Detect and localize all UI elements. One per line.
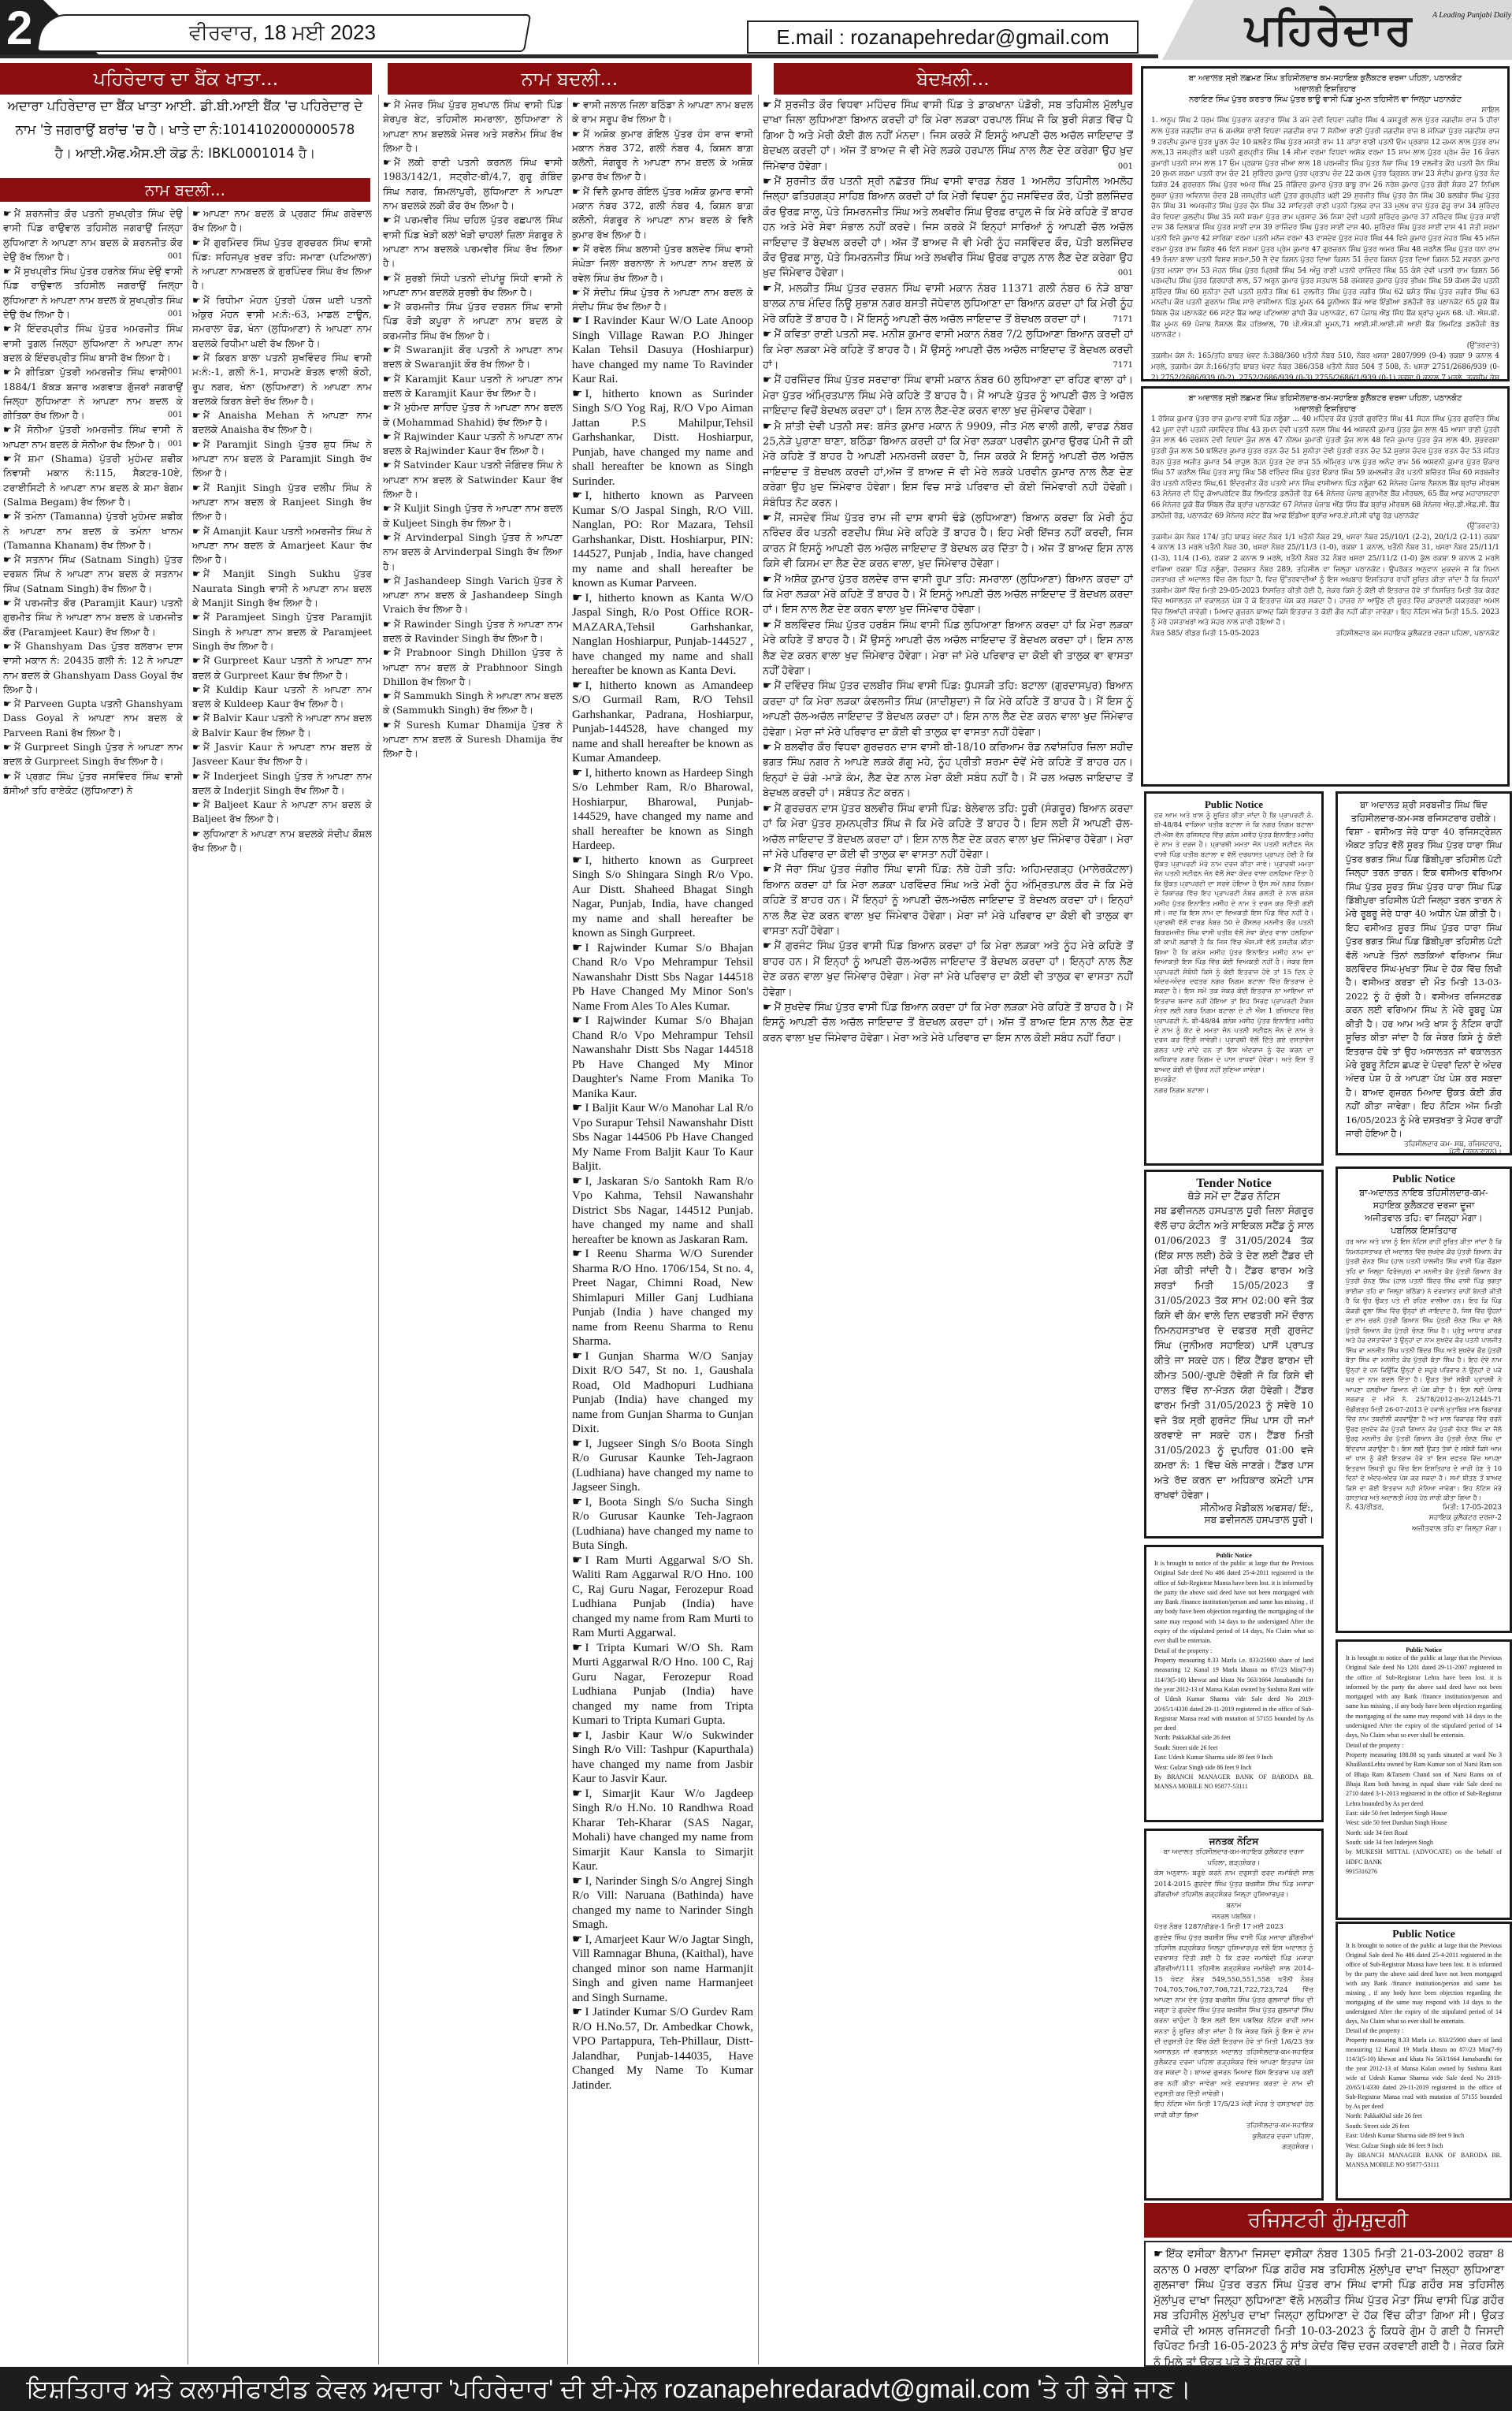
classified-text: ਮੈਂ Ghanshyam Das ਪੁੱਤਰ ਬਲਰਾਮ ਦਾਸ ਵਾਸੀ ਮ… — [3, 641, 183, 695]
classified-text: ਮੈਂ Kuljit Singh ਪੁੱਤਰ ਨੇ ਆਪਣਾ ਨਾਮ ਬਦਲ ਕ… — [383, 503, 563, 528]
notice-versus: ਬਨਾਮ — [1154, 1901, 1313, 1912]
classified-item: ☛ਮੈਂ ਅਸ਼ੋਕ ਕੁਮਾਰ ਗੋਇਲ ਪੁੱਤਰ ਹੰਸ ਰਾਜ ਵਾਸੀ… — [572, 127, 753, 184]
hand-pointer-icon: ☛ — [192, 742, 201, 753]
classified-item: ☛I, hitherto known as Hardeep Singh S/o … — [572, 766, 753, 854]
classified-text: ਮੈਂ Anaisha Mehan ਨੇ ਆਪਣਾ ਨਾਮ ਬਦਲਕੇ Anai… — [192, 410, 372, 435]
classified-text: ਮੈਂ Arvinderpal Singh ਪੁੱਤਰ ਨੇ ਆਪਣਾ ਨਾਮ … — [383, 532, 563, 572]
classified-text: ਮੈਂ ਕਿਰਨ ਬਾਲਾ ਪਤਨੀ ਸੁਖਵਿੰਦਰ ਸਿੰਘ ਵਾਸੀ ਮ:… — [192, 352, 372, 407]
classified-text: I Jatinder Kumar S/O Gurdev Ram R/O H.No… — [572, 2006, 753, 2092]
classified-item: ☛ਮੈਂ ਪਰਮਜੀਤ ਕੌਰ (Paramjit Kaur) ਪਤਨੀ ਗੁਰ… — [3, 596, 183, 639]
court-notice-pathankot-1: ਬਾ ਅਦਾਲਤ ਸ੍ਰੀ ਲਛਮਣ ਸਿੰਘ ਤਹਿਸੀਲਦਾਰ ਕਮ-ਸਹਾ… — [1141, 66, 1510, 381]
classified-item: ☛ਲੁਧਿਆਣਾ ਨੇ ਆਪਣਾ ਨਾਮ ਬਦਲਕੇ ਸੰਦੀਪ ਕੌਸ਼ਲ ਰ… — [192, 827, 372, 856]
classified-item: ☛I Reenu Sharma W/O Surender Sharma R/O … — [572, 1247, 753, 1349]
classified-item: ☛I, Jugseer Singh S/o Boota Singh R/o Gu… — [572, 1437, 753, 1495]
classified-text: ਮੈਂ Kuldip Kaur ਪਤਨੀ ਨੇ ਆਪਣਾ ਨਾਮ ਬਦਲ ਕੇ … — [192, 684, 372, 709]
classified-text: ਮੈਂ Jashandeep Singh Varich ਪੁੱਤਰ ਨੇ ਆਪਣ… — [383, 575, 563, 616]
notice-east: East: side 50 feet Inderjeet Singh House — [1346, 1809, 1502, 1818]
classified-text: ਮੈਂ Karamjit Kaur ਪਤਨੀ ਨੇ ਆਪਣਾ ਨਾਮ ਬਦਲ ਕ… — [383, 374, 563, 399]
classified-text: I Rajwinder Kumar S/o Bhajan Chand R/o V… — [572, 1014, 753, 1100]
classified-item: ☛ਮੈਂ ਕਰਮਜੀਤ ਸਿੰਘ ਪੁੱਤਰ ਦਰਸ਼ਨ ਸਿੰਘ ਵਾਸੀ ਪ… — [383, 300, 563, 343]
notice-body: 1. ਅਨੂਪ ਸਿੰਘ 2 ਧਰਮ ਸਿੰਘ ਪੁੱਤਰਾਨ ਕਰਤਾਰ ਸਿ… — [1151, 116, 1499, 340]
classified-text: ਮੈਂ ਦਵਿੰਦਰ ਸਿੰਘ ਪੁੱਤਰ ਦਲਬੀਰ ਸਿੰਘ ਵਾਸੀ ਪਿ… — [763, 680, 1133, 738]
classified-item: ☛I Rajwinder Kumar S/o Bhajan Chand R/o … — [572, 941, 753, 1014]
notice-sign-2: ਸਬ ਡਵੀਜਨਲ ਹਸਪਤਾਲ ਧੂਰੀ। — [1154, 1514, 1313, 1526]
notice-body: ਗੁਰਦੇਵ ਸਿੰਘ ਪੁੱਤਰ ਬਖਸ਼ੀਸ਼ ਸਿੰਘ ਵਾਸੀ ਪਿੰਡ… — [1154, 1933, 1313, 2100]
ad-code: 7171 — [1113, 312, 1133, 327]
hand-pointer-icon: ☛ — [572, 767, 582, 779]
classified-text: ਮੈਂ ਸ਼ਰਨਜੀਤ ਕੌਰ ਪਤਨੀ ਸੁਖਪ੍ਰੀਤ ਸਿੰਘ ਦੇਉ ਵ… — [3, 208, 183, 262]
classified-text: ਮੈ ਸ਼ਾਂਤੀ ਦੇਵੀ ਪਤਨੀ ਸਵ: ਬਸੰਤ ਕੁਮਾਰ ਮਕਾਨ … — [763, 421, 1133, 509]
hand-pointer-icon: ☛ — [572, 1438, 582, 1450]
hand-pointer-icon: ☛ — [572, 1350, 582, 1363]
hand-pointer-icon: ☛ — [3, 771, 12, 782]
classified-text: ਮੈਂ Suresh Kumar Dhamija ਪੁੱਤਰ ਨੇ ਆਪਣਾ ਨ… — [383, 720, 563, 760]
classified-text: ਆਪਣਾ ਨਾਮ ਬਦਲ ਕੇ ਪ੍ਰਗਟ ਸਿੰਘ ਗਰੇਵਾਲ ਰੱਖ ਲਿ… — [192, 208, 372, 233]
ad-code: 001 — [1118, 159, 1133, 174]
hand-pointer-icon: ☛ — [3, 641, 12, 652]
hand-pointer-icon: ☛ — [3, 511, 12, 522]
public-notice-mansa-2: Public Notice It is brought to notice of… — [1336, 1922, 1512, 2201]
hand-pointer-icon: ☛ — [192, 612, 201, 623]
classified-item: ☛ਮੈਂ Anaisha Mehan ਨੇ ਆਪਣਾ ਨਾਮ ਬਦਲਕੇ Ana… — [192, 408, 372, 437]
hand-pointer-icon: ☛ — [572, 2006, 582, 2018]
notice-court-name: ਬਾ ਅਦਾਲਤ ਸ਼੍ਰੀ ਸਰਬਜੀਤ ਸਿੰਘ ਥਿੰਦ — [1346, 798, 1502, 812]
classified-text: I Gunjan Sharma W/O Sanjay Dixit R/O 547… — [572, 1350, 753, 1436]
classified-item: ☛ਮੈਂ ਲਕੀ ਰਾਣੀ ਪਤਨੀ ਕਰਨਲ ਸਿੰਘ ਵਾਸੀ 1983/1… — [383, 155, 563, 213]
hand-pointer-icon: ☛ — [572, 1248, 582, 1260]
classified-item: ☛ਮੈਂ Sammukh Singh ਨੇ ਆਪਣਾ ਨਾਮ ਬਦਲ ਕੇ (S… — [383, 689, 563, 718]
hand-pointer-icon: ☛ — [3, 323, 12, 334]
notice-subtitle: ਥੋੜੇ ਸਮੇਂ ਦਾ ਟੈਂਡਰ ਨੋਟਿਸ — [1154, 1191, 1313, 1203]
classified-text: ਮੈ ਬਲਵੀਰ ਕੌਰ ਵਿਧਵਾ ਗੁਰਚਰਨ ਦਾਸ ਵਾਸੀ ਬੀ-18… — [763, 742, 1133, 799]
classified-item: ☛ਮੈਂ ਅਸ਼ੋਕ ਕੁਮਾਰ ਪੁੱਤਰ ਬਲਦੇਵ ਰਾਜ ਵਾਸੀ ਰੂ… — [763, 572, 1133, 618]
hand-pointer-icon: ☛ — [192, 237, 201, 248]
classified-text: ਮੈਂ ਪ੍ਰਗਟ ਸਿੰਘ ਪੁੱਤਰ ਜਸਵਿੰਦਰ ਸਿੰਘ ਵਾਸੀ ਬ… — [3, 771, 183, 796]
notice-south: South: side 34 feet Inderjeet Singh — [1346, 1838, 1502, 1847]
classified-item: ☛ਮੈਂ Manjit Singh Sukhu ਪੁੱਤਰ Naurata Si… — [192, 567, 372, 610]
hand-pointer-icon: ☛ — [763, 512, 772, 524]
notice-body: It is brought to notice of the public at… — [1346, 1941, 1502, 2026]
bank-line-1: ਅਦਾਰਾ ਪਹਿਰੇਦਾਰ ਦਾ ਬੈਂਕ ਖਾਤਾ ਆਈ. ਡੀ.ਬੀ.ਆਈ… — [0, 95, 370, 118]
name-change-column-1: ☛ਮੈਂ ਸ਼ਰਨਜੀਤ ਕੌਰ ਪਤਨੀ ਸੁਖਪ੍ਰੀਤ ਸਿੰਘ ਦੇਉ … — [3, 206, 183, 2364]
classified-text: ਲੁਧਿਆਣਾ ਨੇ ਆਪਣਾ ਨਾਮ ਬਦਲਕੇ ਸੰਦੀਪ ਕੌਸ਼ਲ ਰੱ… — [192, 828, 372, 854]
notice-title: Public Notice — [1154, 1552, 1313, 1559]
notice-body: ਹਰ ਆਮ ਅਤੇ ਖਾਸ ਨੂੰ ਸੂਚਿਤ ਕੀਤਾ ਜਾਂਦਾ ਹੈ ਕਿ… — [1154, 811, 1313, 1075]
section-header-registry-lost: ਰਜਿਸਟਰੀ ਗੁੰਮਸ਼ੁਦਗੀ — [1144, 2203, 1512, 2238]
hand-pointer-icon: ☛ — [572, 489, 582, 502]
notice-title: Public Notice — [1346, 1174, 1502, 1186]
masthead-rule — [0, 54, 1158, 58]
notice-phone: 9915316276 — [1346, 1867, 1502, 1877]
classified-item: ☛ਮੈਂ Balvir Kaur ਪਤਨੀ ਨੇ ਆਪਣਾ ਨਾਮ ਬਦਲ ਕੇ… — [192, 711, 372, 740]
logo-tagline: A Leading Punjabi Daily — [1432, 11, 1511, 20]
classified-item: ☛I, hitherto known as Amandeep S/O Gurma… — [572, 679, 753, 766]
classified-item: ☛ਮੈਂ ਸੁਰਜੀਤ ਕੌਰ ਪਤਨੀ ਸ੍ਰੀ ਨਛੱਤਰ ਸਿੰਘ ਵਾਸ… — [763, 174, 1133, 281]
classified-item: ☛ਮੈਂ ਦਵਿੰਦਰ ਸਿੰਘ ਪੁੱਤਰ ਦਲਬੀਰ ਸਿੰਘ ਵਾਸੀ ਪ… — [763, 679, 1133, 740]
classified-item: ☛ਮੈਂ Gurpreet Singh ਪੁੱਤਰ ਨੇ ਆਪਣਾ ਨਾਮ ਬਦ… — [3, 740, 183, 769]
classified-text: ਮੈਂ Paramjeet Singh ਪੁੱਤਰ Paramjit Singh… — [192, 612, 372, 652]
notice-case: ਕੇਸ ਅਨੁਵਾਨ- ਬਰੂਏ ਕਰਨੇ ਨਾਮ ਦਰੁਸਤੀ ਫਰਦ ਜਮਾ… — [1154, 1869, 1313, 1901]
hand-pointer-icon: ☛ — [763, 742, 772, 753]
classified-text: I Ram Murti Aggarwal S/O Sh. Waliti Ram … — [572, 1554, 753, 1640]
classified-item: ☛I Gunjan Sharma W/O Sanjay Dixit R/O 54… — [572, 1349, 753, 1437]
hand-pointer-icon: ☛ — [383, 619, 392, 630]
hand-pointer-icon: ☛ — [192, 526, 201, 537]
classified-item: ☛ਮੈਂ Inderjeet Singh ਪੁੱਤਰ ਨੇ ਆਪਣਾ ਨਾਮ ਬ… — [192, 769, 372, 798]
will-notice-harike: ਬਾ ਅਦਾਲਤ ਸ਼੍ਰੀ ਸਰਬਜੀਤ ਸਿੰਘ ਥਿੰਦ ਤਹਿਸੀਲਦਾ… — [1336, 791, 1512, 1155]
notice-detail: Property measuring 8.33 Marla i.e. 833/2… — [1154, 1656, 1313, 1733]
classified-item: ☛I, Simarjit Kaur W/o Jagdeep Singh R/o … — [572, 1787, 753, 1874]
classified-item: ☛I, hitherto known as Kanta W/O Jaspal S… — [572, 591, 753, 679]
hand-pointer-icon: ☛ — [192, 482, 201, 493]
hand-pointer-icon: ☛ — [572, 1014, 582, 1027]
hand-pointer-icon: ☛ — [383, 431, 392, 442]
classified-item: ☛I Rajwinder Kumar S/o Bhajan Chand R/o … — [572, 1014, 753, 1101]
classified-text: I, Jaskaran S/o Santokh Ram R/o Vpo Kahm… — [572, 1175, 753, 1246]
classified-item: ☛ਮੈਂ ਰਵੇਲ ਸਿੰਘ ਬਲਾਸੀ ਪੁੱਤਰ ਬਲਦੇਵ ਸਿੰਘ ਵਾ… — [572, 242, 753, 285]
hand-pointer-icon: ☛ — [763, 329, 772, 340]
hand-pointer-icon: ☛ — [192, 828, 201, 839]
classified-text: I Tripta Kumari W/O Sh. Ram Murti Aggarw… — [572, 1642, 753, 1728]
notice-sign-2: ਅਜੀਤਵਾਲ ਤਹਿ ਵਾ ਜਿਲ੍ਹਾ ਮੋਗਾ। — [1346, 1524, 1502, 1535]
classified-text: ਮੈਂ ਤਮੰਨਾ (Tamanna) ਪੁੱਤਰੀ ਮੁਹੰਮਦ ਸ਼ਫੀਕ … — [3, 511, 183, 551]
classified-item: ☛ਮੈ ਬਲਵੀਰ ਕੌਰ ਵਿਧਵਾ ਗੁਰਚਰਨ ਦਾਸ ਵਾਸੀ ਬੀ-1… — [763, 740, 1133, 802]
disinherit-column: ☛ਮੈਂ ਸੁਰਜੀਤ ਕੌਰ ਵਿਧਵਾ ਮਹਿੰਦਰ ਸਿੰਘ ਵਾਸੀ ਪ… — [763, 98, 1133, 2364]
hand-pointer-icon: ☛ — [572, 592, 582, 605]
notice-title: ਜਨਤਕ ਨੋਟਿਸ — [1154, 1836, 1313, 1847]
notice-detail-title: Detail of the property : — [1346, 1741, 1502, 1751]
hand-pointer-icon: ☛ — [383, 301, 392, 312]
hand-pointer-icon: ☛ — [383, 532, 392, 543]
notice-body: It is brought to notice of the public at… — [1154, 1559, 1313, 1646]
classified-text: ਮੈਂ Sammukh Singh ਨੇ ਆਪਣਾ ਨਾਮ ਬਦਲ ਕੇ (Sa… — [383, 690, 563, 716]
hand-pointer-icon: ☛ — [572, 1642, 582, 1654]
classified-item: ☛ਮੈਂ Paramjeet Singh ਪੁੱਤਰ Paramjit Sing… — [192, 610, 372, 653]
notice-court-office: ਤਹਿਸੀਲਦਾਰ-ਕਮ-ਸਬ ਰਜਿਸਟਰਾਰ ਹਰੀਕੇ। — [1346, 812, 1502, 825]
hand-pointer-icon: ☛ — [763, 680, 772, 692]
hand-pointer-icon: ☛ — [3, 424, 12, 435]
notice-title: Public Notice — [1346, 1929, 1502, 1941]
hand-pointer-icon: ☛ — [383, 503, 392, 514]
classified-text: ਮੈਂ ਮੇਜਰ ਸਿੰਘ ਪੁੱਤਰ ਸੁਖਪਾਲ ਸਿੰਘ ਵਾਸੀ ਪਿੰ… — [383, 99, 563, 154]
classified-item: ☛ਮੈਂ ਕਵਿਤਾ ਰਾਣੀ ਪਤਨੀ ਸਵ. ਮਨੀਸ਼ ਕੁਮਾਰ ਵਾਸ… — [763, 327, 1133, 373]
notice-ref: ਨੰ. 43/ਰੀਡਰ, — [1346, 1503, 1384, 1514]
classified-text: ਮੈਂ Paramjit Singh ਪੁੱਤਰ ਸ਼ੁਧ ਸਿੰਘ ਨੇ ਆਪ… — [192, 439, 372, 479]
ad-code: 001 — [168, 365, 183, 379]
classified-item: ☛ਮੈਂ ਬਲਵਿੰਦਰ ਸਿੰਘ ਪੁੱਤਰ ਹਰਬੰਸ ਸਿੰਘ ਵਾਸੀ … — [763, 618, 1133, 679]
hand-pointer-icon: ☛ — [763, 619, 772, 631]
notice-body: It is brought to notice of the public at… — [1346, 1654, 1502, 1741]
hand-pointer-icon: ☛ — [572, 186, 581, 197]
classified-item: ☛I, Boota Singh S/o Sucha Singh R/o Guru… — [572, 1495, 753, 1553]
classified-item: ☛ਮੈਂ ਮੁਹੰਮਦ ਸ਼ਾਹਿਦ ਪੁੱਤਰ ਨੇ ਆਪਣਾ ਨਾਮ ਬਦਲ… — [383, 400, 563, 430]
hand-pointer-icon: ☛ — [3, 366, 12, 378]
classified-item: ☛ਮੈਂ ਪਰਮਵੀਰ ਸਿੰਘ ਚਹਿਲ ਪੁੱਤਰ ਰਛਪਾਲ ਸਿੰਘ ਵ… — [383, 213, 563, 270]
notice-body-2: ਤਕਸੀਮ ਕੇਸ ਨੰ: 165/ਤਹਿ ਬਾਬਤ ਖੇਵਟ ਨੰ:388/3… — [1151, 352, 1499, 381]
classified-item: ☛ਮੈਂ ਤਮੰਨਾ (Tamanna) ਪੁੱਤਰੀ ਮੁਹੰਮਦ ਸ਼ਫੀਕ… — [3, 509, 183, 553]
classified-item: ☛ਮੈਂ ਗੁਰਜੰਟ ਸਿੰਘ ਪੁੱਤਰ ਵਾਸੀ ਪਿੰਡ ਬਿਆਨ ਕਰ… — [763, 939, 1133, 1000]
classified-text: I, Simarjit Kaur W/o Jagdeep Singh R/o H… — [572, 1788, 753, 1873]
classified-item: ☛ਮੈਂ Baljeet Kaur ਨੇ ਆਪਣਾ ਨਾਮ ਬਦਲ ਕੇ Bal… — [192, 798, 372, 827]
notice-court: ਬਾ ਅਦਾਲਤ ਤਹਿਸੀਲਦਾਰ-ਕਮ-ਸਹਾਇਕ ਕੁਲੈਕਟਰ ਦਰਜਾ… — [1154, 1847, 1313, 1869]
classified-text: I, hitherto known as Hardeep Singh S/o L… — [572, 767, 753, 853]
classified-text: ਮੈਂ Gurpreet Singh ਪੁੱਤਰ ਨੇ ਆਪਣਾ ਨਾਮ ਬਦਲ… — [3, 742, 183, 767]
notice-by: By BRANCH MANAGER BANK OF BARODA BR. MAN… — [1154, 1773, 1313, 1792]
hand-pointer-icon: ☛ — [3, 266, 12, 277]
classified-item: ☛ਮੈਂ Rajwinder Kaur ਪਤਨੀ ਨੇ ਆਪਣਾ ਨਾਮ ਬਦਲ… — [383, 430, 563, 459]
notice-court-2: ਸਹਾਇਕ ਕੁਲੈਕਟਰ ਦਰਜਾ ਦੂਜਾ — [1346, 1199, 1502, 1211]
classified-text: ਮੈਂ ਮੁਹੰਮਦ ਸ਼ਾਹਿਦ ਪੁੱਤਰ ਨੇ ਆਪਣਾ ਨਾਮ ਬਦਲ … — [383, 402, 563, 427]
notice-date: ਮਿਤੀ: 17-05-2023 — [1443, 1503, 1502, 1514]
notice-role-respondents: (ਉੱਤਰਦਾਤੇ) — [1151, 341, 1499, 352]
notice-ref-row: ਨੰ. 43/ਰੀਡਰ, ਮਿਤੀ: 17-05-2023 — [1346, 1503, 1502, 1514]
section-header-bank: ਪਹਿਰੇਦਾਰ ਦਾ ਬੈਂਕ ਖਾਤਾ... — [0, 63, 372, 95]
newspaper-logo: ਪਹਿਰੇਦਾਰ — [1245, 5, 1414, 55]
classified-item: ☛ਮੈਂ ਗੁਰਚਰਨ ਦਾਸ ਪੁੱਤਰ ਬਲਵੀਰ ਸਿੰਘ ਵਾਸੀ ਪਿ… — [763, 802, 1133, 863]
hand-pointer-icon: ☛ — [572, 1933, 582, 1946]
hand-pointer-icon: ☛ — [572, 128, 581, 140]
classified-item: ☛ਮੈਂ Karamjit Kaur ਪਤਨੀ ਨੇ ਆਪਣਾ ਨਾਮ ਬਦਲ … — [383, 372, 563, 401]
classified-text: I Baljit Kaur W/o Manohar Lal R/o Vpo Su… — [572, 1102, 753, 1173]
classified-text: ਮੈਂ ਰਵੇਲ ਸਿੰਘ ਬਲਾਸੀ ਪੁੱਤਰ ਬਲਦੇਵ ਸਿੰਘ ਵਾਸ… — [572, 244, 753, 284]
classified-item: ☛I, Amarjeet Kaur W/o Jagtar Singh, Vill… — [572, 1933, 753, 2006]
classified-text: I, Narinder Singh S/o Angrej Singh R/o V… — [572, 1875, 753, 1932]
column-divider — [758, 95, 759, 2364]
footer-banner: ਇਸ਼ਤਿਹਾਰ ਅਤੇ ਕਲਾਸੀਫਾਈਡ ਕੇਵਲ ਅਦਾਰਾ 'ਪਹਿਰੇ… — [0, 2367, 1512, 2411]
classified-text: ਮੈਂ ਲਕੀ ਰਾਣੀ ਪਤਨੀ ਕਰਨਲ ਸਿੰਘ ਵਾਸੀ 1983/14… — [383, 157, 563, 211]
classified-text: ਮੈਂ ਅਸ਼ੋਕ ਕੁਮਾਰ ਗੋਇਲ ਪੁੱਤਰ ਹੰਸ ਰਾਜ ਵਾਸੀ … — [572, 128, 753, 183]
classified-text: I Reenu Sharma W/O Surender Sharma R/O H… — [572, 1248, 753, 1348]
masthead: 2 ਵੀਰਵਾਰ, 18 ਮਈ 2023 E.mail : rozanapehr… — [0, 0, 1512, 60]
classified-item: ☛ਮੈਂ ਸ਼ਮਾ (Shama) ਪੁੱਤਰੀ ਮੁਹੰਮਦ ਸ਼ਫੀਕ ਨਿ… — [3, 452, 183, 509]
bank-line-3: ਹੈ। ਆਈ.ਐਫ.ਐਸ.ਈ ਕੋਡ ਨੰ: IBKL0001014 ਹੈ। — [0, 142, 370, 166]
notice-detail: Property measuring 188.88 sq yards situa… — [1346, 1751, 1502, 1809]
classified-text: ਮੈਂ ਪਰਮਵੀਰ ਸਿੰਘ ਚਹਿਲ ਪੁੱਤਰ ਰਛਪਾਲ ਸਿੰਘ ਵਾ… — [383, 214, 563, 269]
classified-text: I, hitherto known as Kanta W/O Jaspal Si… — [572, 592, 753, 678]
classified-item: ☛ਮੈਂ Paramjit Singh ਪੁੱਤਰ ਸ਼ੁਧ ਸਿੰਘ ਨੇ ਆ… — [192, 437, 372, 481]
classified-text: ਮੈਂ Parveen Gupta ਪਤਨੀ Ghanshyam Dass Go… — [3, 698, 183, 739]
notice-court-3: ਅਜੀਤਵਾਲ ਤਹਿ: ਵਾ ਜਿਲ੍ਹਾ ਮੋਗਾ। — [1346, 1211, 1502, 1224]
classified-text: ਮੈਂ, ਮਲਕੀਤ ਸਿੰਘ ਪੁੱਤਰ ਦਰਸ਼ਨ ਸਿੰਘ ਵਾਸੀ ਮਕ… — [763, 283, 1133, 326]
hand-pointer-icon: ☛ — [3, 453, 12, 464]
classified-text: ਮੈਂ ਸੁਖਪ੍ਰੀਤ ਸਿੰਘ ਪੁੱਤਰ ਹਰਨੇਕ ਸਿੰਘ ਦੇਉ ਵ… — [3, 266, 183, 320]
public-notice-mansa-1: Public Notice It is brought to notice of… — [1144, 1545, 1324, 1822]
hand-pointer-icon: ☛ — [572, 1729, 582, 1742]
hand-pointer-icon: ☛ — [383, 374, 392, 385]
notice-heading: ਅਦਾਲਤੀ ਇਸ਼ਤਿਹਾਰ — [1151, 404, 1499, 415]
hand-pointer-icon: ☛ — [763, 940, 772, 952]
classified-item: ☛ਮੈਂ Swaranjit ਕੌਰ ਪਤਨੀ ਨੇ ਆਪਣਾ ਨਾਮ ਬਦਲ … — [383, 343, 563, 372]
classified-text: ਮੈਂ ਸ਼ਮਾ (Shama) ਪੁੱਤਰੀ ਮੁਹੰਮਦ ਸ਼ਫੀਕ ਨਿਵ… — [3, 453, 183, 508]
notice-court-1: ਬਾ-ਅਦਾਲਤ ਨਾਇਬ ਤਹਿਸੀਲਦਾਰ-ਕਮ- — [1346, 1186, 1502, 1199]
classified-item: ☛I Baljit Kaur W/o Manohar Lal R/o Vpo S… — [572, 1101, 753, 1174]
notice-court-name: ਬਾ ਅਦਾਲਤ ਸ੍ਰੀ ਲਛਮਣ ਸਿੰਘ ਤਹਿਸੀਲਦਾਰ ਕਮ-ਸਹਾ… — [1151, 73, 1499, 84]
classified-item: ☛ਮੈਂ ਸੁਰਭੀ ਸਿੰਧੀ ਪਤਨੀ ਦੀਪਾਂਸ਼ੂ ਸਿੰਧੀ ਵਾਸ… — [383, 271, 563, 300]
notice-body: ਸਬ ਡਵੀਜਨਲ ਹਸਪਤਾਲ ਧੂਰੀ ਜ਼ਿਲਾ ਸੰਗਰੂਰ ਵੱਲੋਂ… — [1154, 1203, 1313, 1502]
classified-item: ☛ਮੈਂ ਪ੍ਰਗਟ ਸਿੰਘ ਪੁੱਤਰ ਜਸਵਿੰਦਰ ਸਿੰਘ ਵਾਸੀ … — [3, 769, 183, 798]
classified-text: ਮੈਂ ਸੰਦੀਪ ਸਿੰਘ ਪੁੱਤਰ ਨੇ ਆਪਣਾ ਨਾਮ ਬਦਲ ਕੇ … — [572, 287, 753, 312]
classified-text: ਮੈਂ Jasvir Kaur ਨੇ ਆਪਣਾ ਨਾਮ ਬਦਲ ਕੇ Jasve… — [192, 742, 372, 767]
notice-title: Public Notice — [1154, 798, 1313, 811]
classified-text: ਮੈਂ ਸੁਰਜੀਤ ਕੌਰ ਪਤਨੀ ਸ੍ਰੀ ਨਛੱਤਰ ਸਿੰਘ ਵਾਸੀ… — [763, 176, 1133, 279]
classified-item: ☛ਮੈਂ ਰਿਧੀਮਾ ਮੋਹਨ ਪੁੱਤਰੀ ਪੰਕਜ ਘਈ ਪਤਨੀ ਅੰਕ… — [192, 293, 372, 351]
classified-item: ☛ਮੈਂ Prabnoor Singh Dhillon ਪੁੱਤਰ ਨੇ ਆਪਣ… — [383, 646, 563, 689]
ad-code: 7171 — [1113, 358, 1133, 373]
notice-public: ਜਨਰਲ ਪਬਲਿਕ। — [1154, 1912, 1313, 1923]
public-notice-garhshankar: ਜਨਤਕ ਨੋਟਿਸ ਬਾ ਅਦਾਲਤ ਤਹਿਸੀਲਦਾਰ-ਕਮ-ਸਹਾਇਕ ਕ… — [1144, 1829, 1324, 2201]
notice-title: Public Notice — [1346, 1646, 1502, 1654]
classified-item: ☛ਮੈਂ ਸ਼ਰਨਜੀਤ ਕੌਰ ਪਤਨੀ ਸੁਖਪ੍ਰੀਤ ਸਿੰਘ ਦੇਉ … — [3, 206, 183, 264]
notice-body: 1 ਰੋਸ਼ਿਕ ਕੁਮਾਰ ਪੁੱਤਰ ਰਾਜ ਕੁਮਾਰ ਵਾਸੀ ਪਿੰਡ… — [1151, 415, 1499, 522]
registry-lost-notice: ☛ਇੱਕ ਵਸੀਕਾ ਬੈਨਾਮਾ ਜਿਸਦਾ ਵਸੀਕਾ ਨੰਬਰ 1305 … — [1144, 2241, 1512, 2367]
classified-text: ਮੈਂ ਸੁਰਜੀਤ ਕੌਰ ਵਿਧਵਾ ਮਹਿੰਦਰ ਸਿੰਘ ਵਾਸੀ ਪਿ… — [763, 99, 1133, 173]
classified-item: ☛ਮੈਂ Parveen Gupta ਪਤਨੀ Ghanshyam Dass G… — [3, 697, 183, 740]
classified-item: ☛ਮੈਂ ਸਤਨਾਮ ਸਿੰਘ (Satnam Singh) ਪੁੱਤਰ ਦਰਸ… — [3, 553, 183, 596]
classified-item: ☛ਮੈਂ Suresh Kumar Dhamija ਪੁੱਤਰ ਨੇ ਆਪਣਾ … — [383, 718, 563, 761]
classified-text: ਮੈਂ Manjit Singh Sukhu ਪੁੱਤਰ Naurata Sin… — [192, 568, 372, 608]
classified-item: ☛ਮੈਂ, ਜਸਦੇਵ ਸਿੰਘ ਪੁੱਤਰ ਰਾਮ ਜੀ ਦਾਸ ਵਾਸੀ ਢ… — [763, 511, 1133, 572]
classified-text: ਮੈਂ ਗੁਰਜੰਟ ਸਿੰਘ ਪੁੱਤਰ ਵਾਸੀ ਪਿੰਡ ਬਿਆਨ ਕਰਦ… — [763, 940, 1133, 998]
classified-text: ਮੈਂ Amanjit Kaur ਪਤਨੀ ਅਮਰਜੀਤ ਸਿੰਘ ਨੇ ਆਪਣ… — [192, 526, 372, 566]
hand-pointer-icon: ☛ — [572, 99, 581, 110]
hand-pointer-icon: ☛ — [572, 942, 582, 954]
classified-item: ☛ਆਪਣਾ ਨਾਮ ਬਦਲ ਕੇ ਪ੍ਰਗਟ ਸਿੰਘ ਗਰੇਵਾਲ ਰੱਖ ਲ… — [192, 206, 372, 236]
hand-pointer-icon: ☛ — [572, 854, 582, 867]
bank-line-2: ਨਾਮ 'ਤੇ ਜਗਰਾਉਂ ਬਰਾਂਚ 'ਚ ਹੈ। ਖਾਤੇ ਦਾ ਨੰ:1… — [0, 118, 370, 142]
column-divider — [378, 95, 379, 2364]
notice-by: By BRANCH MANAGER BANK OF BARODA BR. MAN… — [1346, 2151, 1502, 2171]
hand-pointer-icon: ☛ — [572, 287, 581, 298]
notice-south: South: Street side 26 feet — [1346, 2122, 1502, 2131]
notice-body-2: ਤਕਸੀਮ ਕੇਸ ਨੰਬਰ 174/ ਤਹਿ ਬਾਬਤ ਖੇਵਟ ਨੰਬਰ 1… — [1151, 533, 1499, 629]
notice-role: ਸਾਇਲ — [1151, 106, 1499, 117]
classified-item: ☛ਮੈਂ Arvinderpal Singh ਪੁੱਤਰ ਨੇ ਆਪਣਾ ਨਾਮ… — [383, 530, 563, 574]
notice-west: West: Gulzar Singh side 86 feet 9 Inch — [1154, 1763, 1313, 1773]
notice-north: North: PakkaKhal side 26 feet — [1154, 1733, 1313, 1743]
notice-east: East: Udesh Kumar Sharma side 89 feet 9 … — [1154, 1753, 1313, 1762]
notice-sign-1: ਤਹਿਸੀਲਦਾਰ ਕਮ- ਸਬ, ਰਜਿਸਟਰਾਰ, — [1346, 1140, 1502, 1148]
notice-heading: ਪਬਲਿਕ ਇਸ਼ਤਿਹਾਰ — [1346, 1224, 1502, 1237]
classified-text: I, hitherto known as Parveen Kumar S/O J… — [572, 489, 753, 590]
classified-item: ☛ਮੈਂ ਮੇਜਰ ਸਿੰਘ ਪੁੱਤਰ ਸੁਖਪਾਲ ਸਿੰਘ ਵਾਸੀ ਪਿ… — [383, 98, 563, 155]
classified-text: ਮੈਂ, ਜਸਦੇਵ ਸਿੰਘ ਪੁੱਤਰ ਰਾਮ ਜੀ ਦਾਸ ਵਾਸੀ ਢੰ… — [763, 512, 1133, 570]
hand-pointer-icon: ☛ — [763, 374, 772, 386]
hand-pointer-icon: ☛ — [383, 690, 392, 701]
classified-item: ☛I Ram Murti Aggarwal S/O Sh. Waliti Ram… — [572, 1553, 753, 1641]
classified-text: ਮੈਂ Inderjeet Singh ਪੁੱਤਰ ਨੇ ਆਪਣਾ ਨਾਮ ਬਦ… — [192, 771, 372, 796]
classified-text: ਮੈਂ Swaranjit ਕੌਰ ਪਤਨੀ ਨੇ ਆਪਣਾ ਨਾਮ ਬਦਲ ਕ… — [383, 344, 563, 370]
hand-pointer-icon: ☛ — [3, 742, 12, 753]
classified-item: ☛ਮੈਂ ਹਰਜਿੰਦਰ ਸਿੰਘ ਪੁੱਤਰ ਸਰਦਾਰਾ ਸਿੰਘ ਵਾਸੀ… — [763, 373, 1133, 419]
classified-item: ☛I, Jasbir Kaur W/o Sukwinder Singh R/o … — [572, 1728, 753, 1787]
hand-pointer-icon: ☛ — [763, 283, 772, 295]
classified-text: ਮੈਂ ਸੋਨੀਆ ਪੁੱਤਰੀ ਅਮਰਜੀਤ ਸਿੰਘ ਵਾਸੀ ਨੇ ਆਪਣ… — [3, 424, 183, 449]
hand-pointer-icon: ☛ — [192, 410, 201, 421]
notice-by: by MUKESH MITTAL (ADVOCATE) on the behal… — [1346, 1847, 1502, 1867]
issue-date: ਵੀਰਵਾਰ, 18 ਮਈ 2023 — [189, 20, 376, 46]
ad-code: 001 — [168, 307, 183, 322]
classified-text: ਮੈਂ Ranjit Singh ਪੁੱਤਰ ਦਲੀਪ ਸਿੰਘ ਨੇ ਆਪਣਾ… — [192, 482, 372, 523]
hand-pointer-icon: ☛ — [383, 720, 392, 731]
hand-pointer-icon: ☛ — [572, 1875, 582, 1888]
classified-text: ਮੈਂ ਕਰਮਜੀਤ ਸਿੰਘ ਪੁੱਤਰ ਦਰਸ਼ਨ ਸਿੰਘ ਵਾਸੀ ਪਿ… — [383, 301, 563, 341]
section-header-name-change: ਨਾਮ ਬਦਲੀ... — [0, 178, 370, 202]
classified-text: I, Boota Singh S/o Sucha Singh R/o Gurus… — [572, 1496, 753, 1553]
notice-sign-1: ਸੁਪਰਡੰਟ — [1154, 1075, 1313, 1086]
classified-text: ਮੈ ਗੀਤਿਕਾ ਪੁੱਤਰੀ ਅਮਰਜੀਤ ਸਿੰਘ ਵਾਸੀ 1884/1… — [3, 366, 183, 421]
classified-item: ☛ਮੈਂ ਜੋਰਾ ਸਿੰਘ ਪੁੱਤਰ ਜੰਗੀਰ ਸਿੰਘ ਵਾਸੀ ਪਿੰ… — [763, 862, 1133, 939]
classified-text: ਮੈਂ Prabnoor Singh Dhillon ਪੁੱਤਰ ਨੇ ਆਪਣਾ… — [383, 647, 563, 687]
hand-pointer-icon: ☛ — [383, 647, 392, 658]
hand-pointer-icon: ☛ — [192, 771, 201, 782]
notice-sign-1: ਸੀਨੀਅਰ ਮੈਡੀਕਲ ਅਫਸਰ/ ਇੰ:, — [1154, 1502, 1313, 1514]
hand-pointer-icon: ☛ — [763, 421, 772, 433]
notice-west: West: Gulzar Singh side 86 feet 9 Inch — [1346, 2141, 1502, 2151]
hand-pointer-icon: ☛ — [763, 1002, 772, 1014]
classified-text: ਮੈਂ ਵਿਨੈ ਕੁਮਾਰ ਗੋਇਲ ਪੁੱਤਰ ਅਸ਼ੋਕ ਕੁਮਾਰ ਵਾ… — [572, 186, 753, 240]
notice-applicant: ਨਰਾਇਣ ਸਿੰਘ ਪੁੱਤਰ ਕਰਤਾਰ ਸਿੰਘ ਪੁੱਤਰ ਭਾਊ ਵਾ… — [1151, 95, 1499, 106]
column-divider — [188, 206, 188, 2364]
classified-text: ਮੈਂ ਕਵਿਤਾ ਰਾਣੀ ਪਤਨੀ ਸਵ. ਮਨੀਸ਼ ਕੁਮਾਰ ਵਾਸੀ… — [763, 329, 1133, 371]
classified-item: ☛ਮੈਂ, ਮਲਕੀਤ ਸਿੰਘ ਪੁੱਤਰ ਦਰਸ਼ਨ ਸਿੰਘ ਵਾਸੀ ਮ… — [763, 281, 1133, 327]
classified-item: ☛ਵਾਸੀ ਜਲਾਲ ਜਿਲਾ ਬਠਿੰਡਾ ਨੇ ਆਪਣਾ ਨਾਮ ਬਦਲ ਕ… — [572, 98, 753, 127]
notice-south: South: Street side 26 feet — [1154, 1743, 1313, 1753]
classified-text: I, Jugseer Singh S/o Boota Singh R/o Gur… — [572, 1438, 753, 1494]
classified-item: ☛ਮੈਂ ਸੰਦੀਪ ਸਿੰਘ ਪੁੱਤਰ ਨੇ ਆਪਣਾ ਨਾਮ ਬਦਲ ਕੇ… — [572, 285, 753, 314]
hand-pointer-icon: ☛ — [572, 1554, 582, 1567]
notice-heading: ਅਦਾਲਤੀ ਇਸ਼ਤਿਹਾਰ — [1151, 84, 1499, 95]
hand-pointer-icon: ☛ — [763, 574, 772, 586]
classified-text: ਵਾਸੀ ਜਲਾਲ ਜਿਲਾ ਬਠਿੰਡਾ ਨੇ ਆਪਣਾ ਨਾਮ ਬਦਲ ਕੇ… — [572, 99, 753, 125]
classified-item: ☛ਮੈਂ Jasvir Kaur ਨੇ ਆਪਣਾ ਨਾਮ ਬਦਲ ਕੇ Jasv… — [192, 740, 372, 769]
classified-item: ☛ਮੈਂ ਸੁਖਦੇਵ ਸਿੰਘ ਪੁੱਤਰ ਵਾਸੀ ਪਿੰਡ ਬਿਆਨ ਕਰ… — [763, 1000, 1133, 1046]
classified-item: ☛ਮੈਂ ਸੋਨੀਆ ਪੁੱਤਰੀ ਅਮਰਜੀਤ ਸਿੰਘ ਵਾਸੀ ਨੇ ਆਪ… — [3, 422, 183, 452]
public-notice-lehra: Public Notice It is brought to notice of… — [1336, 1639, 1512, 1920]
hand-pointer-icon: ☛ — [383, 273, 392, 284]
classified-item: ☛ਮੈਂ ਸੁਖਪ੍ਰੀਤ ਸਿੰਘ ਪੁੱਤਰ ਹਰਨੇਕ ਸਿੰਘ ਦੇਉ … — [3, 264, 183, 322]
classified-item: ☛I, Jaskaran S/o Santokh Ram R/o Vpo Kah… — [572, 1174, 753, 1248]
hand-pointer-icon: ☛ — [383, 575, 392, 586]
classified-item: ☛I Ravinder Kaur W/O Late Anoop Singh Vi… — [572, 314, 753, 387]
notice-sign-2: ਕੁਲੈਕਟਰ ਦਰਜਾ ਪਹਿਲਾ, — [1154, 2132, 1313, 2143]
classified-item: ☛ਮੈਂ Amanjit Kaur ਪਤਨੀ ਅਮਰਜੀਤ ਸਿੰਘ ਨੇ ਆਪ… — [192, 524, 372, 567]
notice-body: ਵਿਸ਼ਾ - ਵਸੀਅਤ ਜੇਰੇ ਧਾਰਾ 40 ਰਜਿਸਟ੍ਰੇਸ਼ਨ ਐ… — [1346, 825, 1502, 1140]
classified-text: I, Jasbir Kaur W/o Sukwinder Singh R/o V… — [572, 1729, 753, 1786]
notice-detail: Property measuring 8.33 Marla i.e. 833/2… — [1346, 2036, 1502, 2111]
masthead-email[interactable]: E.mail : rozanapehredar@gmail.com — [747, 20, 1139, 54]
classified-text: I, hitherto known as Surinder Singh S/O … — [572, 388, 753, 488]
classified-item: ☛ਮੈਂ ਇੰਦਰਪ੍ਰੀਤ ਸਿੰਘ ਪੁੱਤਰ ਅਮਰਜੀਤ ਸਿੰਘ ਵਾ… — [3, 322, 183, 365]
classified-item: ☛ਮੈਂ Kuldip Kaur ਪਤਨੀ ਨੇ ਆਪਣਾ ਨਾਮ ਬਦਲ ਕੇ… — [192, 683, 372, 712]
notice-letter: ਪੱਤਰ ਨੰਬਰ 1287/ਰੀਡਰ-1 ਮਿਤੀ 17 ਮਈ 2023 — [1154, 1922, 1313, 1933]
classified-text: ਮੈਂ Baljeet Kaur ਨੇ ਆਪਣਾ ਨਾਮ ਬਦਲ ਕੇ Balj… — [192, 799, 372, 824]
court-notice-pathankot-2: ਬਾ ਅਦਾਲਤ ਸ੍ਰੀ ਲਛਮਣ ਸਿੰਘ ਤਹਿਸੀਲਦਾਰ-ਕਮ-ਸਹਾ… — [1141, 386, 1510, 787]
classified-item: ☛ਮੈਂ ਸੁਰਜੀਤ ਕੌਰ ਵਿਧਵਾ ਮਹਿੰਦਰ ਸਿੰਘ ਵਾਸੀ ਪ… — [763, 98, 1133, 174]
notice-north: North: side 34 feet Road — [1346, 1829, 1502, 1838]
classified-text: ਮੈਂ ਪਰਮਜੀਤ ਕੌਰ (Paramjit Kaur) ਪਤਨੀ ਗੁਰਮ… — [3, 597, 183, 638]
notice-west: West: side 50 feet Darshan Singh House — [1346, 1818, 1502, 1828]
notice-sign-3: ਗੜ੍ਹਸ਼ੰਕਰ। — [1154, 2142, 1313, 2153]
public-notice-batala: Public Notice ਹਰ ਆਮ ਅਤੇ ਖਾਸ ਨੂੰ ਸੂਚਿਤ ਕੀ… — [1144, 791, 1324, 1166]
classified-item: ☛ਮੈਂ Gurpreet Kaur ਪਤਨੀ ਨੇ ਆਪਣਾ ਨਾਮ ਬਦਲ … — [192, 653, 372, 683]
hand-pointer-icon: ☛ — [192, 208, 201, 219]
hand-pointer-icon: ☛ — [192, 655, 201, 666]
classified-text: ਮੈਂ Satvinder Kaur ਪਤਨੀ ਜੋਗਿੰਦਰ ਸਿੰਘ ਨੇ … — [383, 460, 563, 500]
name-change-column-4: ☛ਵਾਸੀ ਜਲਾਲ ਜਿਲਾ ਬਠਿੰਡਾ ਨੇ ਆਪਣਾ ਨਾਮ ਬਦਲ ਕ… — [572, 98, 753, 2364]
hand-pointer-icon: ☛ — [572, 314, 582, 327]
notice-detail-title: Detail of the property : — [1154, 1646, 1313, 1656]
name-change-column-3: ☛ਮੈਂ ਮੇਜਰ ਸਿੰਘ ਪੁੱਤਰ ਸੁਖਪਾਲ ਸਿੰਘ ਵਾਸੀ ਪਿ… — [383, 98, 563, 2364]
